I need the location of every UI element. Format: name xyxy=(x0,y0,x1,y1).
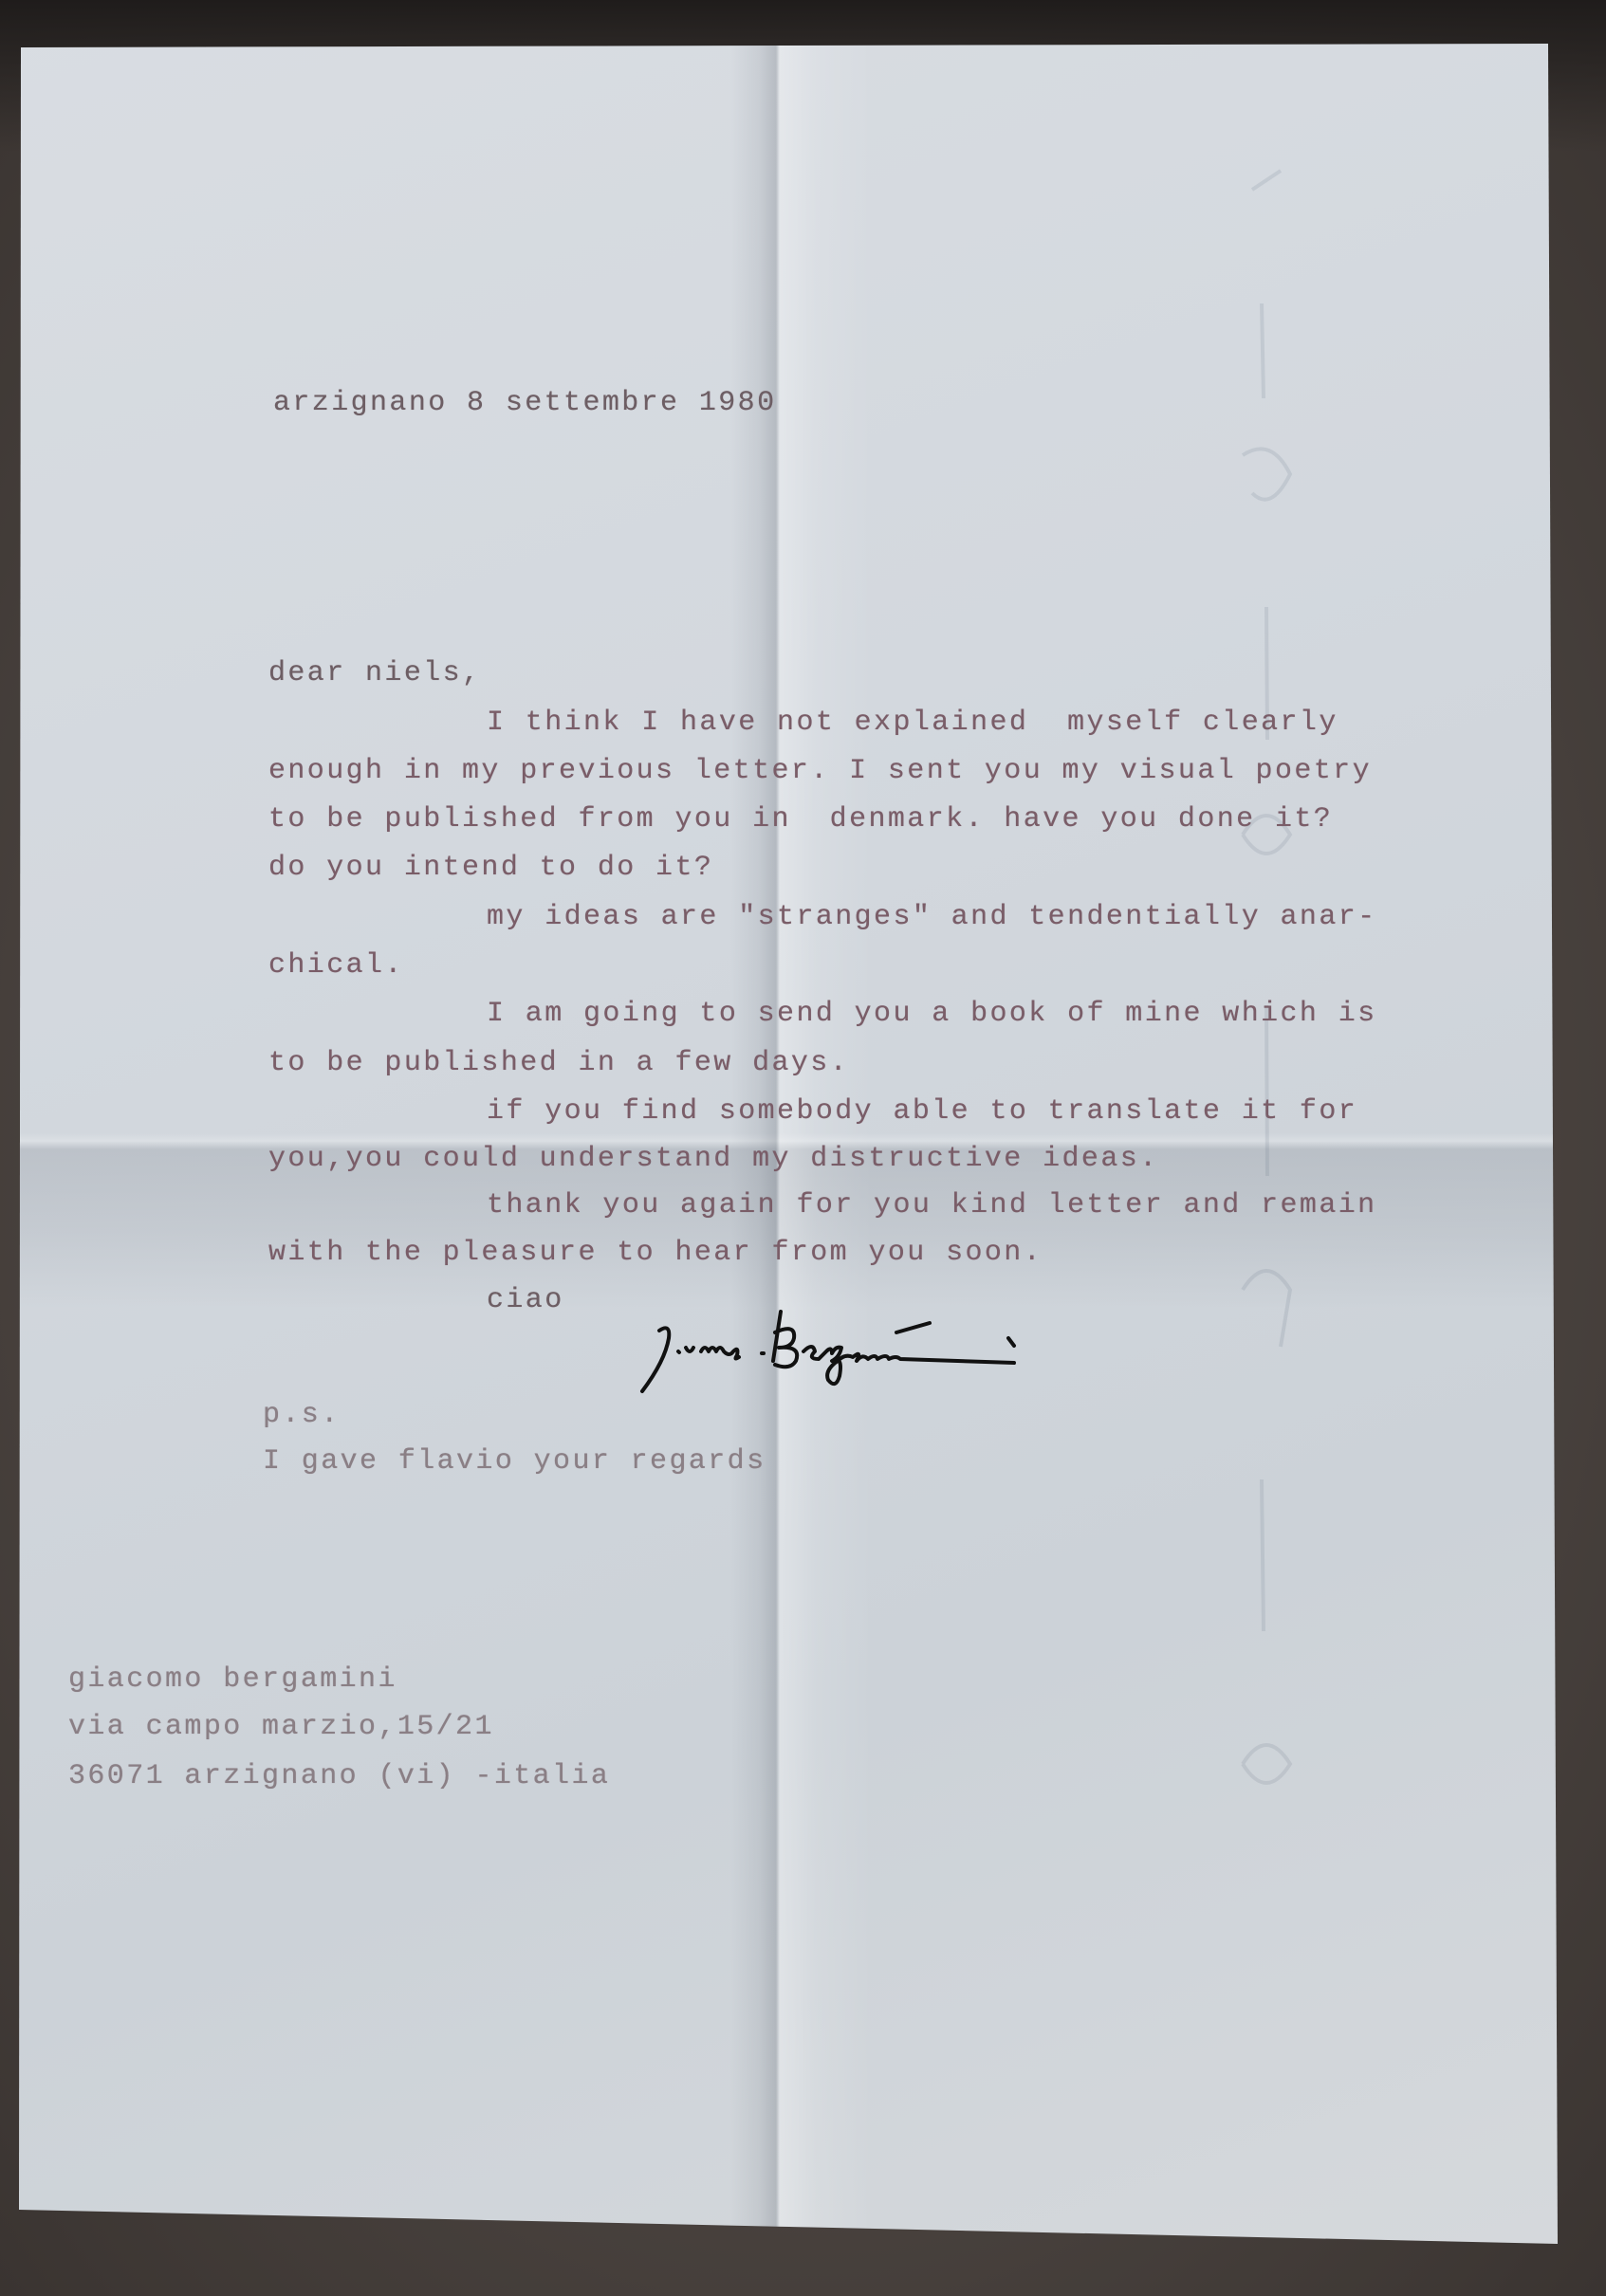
handwritten-signature xyxy=(621,1285,1039,1399)
sender-name: giacomo bergamini xyxy=(68,1665,397,1694)
closing: ciao xyxy=(487,1286,564,1314)
body-line: to be published from you in denmark. hav… xyxy=(268,805,1333,834)
show-through-marks xyxy=(1214,152,1319,1954)
letter-date: arzignano 8 settembre 1980 xyxy=(273,389,776,417)
signature-icon xyxy=(621,1285,1039,1399)
body-line: chical. xyxy=(268,951,404,980)
body-line: I am going to send you a book of mine wh… xyxy=(487,1000,1377,1028)
body-line: do you intend to do it? xyxy=(268,854,713,882)
salutation: dear niels, xyxy=(268,659,481,688)
body-line: I think I have not explained myself clea… xyxy=(487,708,1338,737)
postscript-label: p.s. xyxy=(263,1401,341,1429)
body-line: thank you again for you kind letter and … xyxy=(487,1191,1377,1220)
sender-city: 36071 arzignano (vi) -italia xyxy=(68,1762,610,1791)
sender-street: via campo marzio,15/21 xyxy=(68,1713,494,1741)
body-line: to be published in a few days. xyxy=(268,1049,849,1077)
body-line: my ideas are "stranges" and tendentially… xyxy=(487,903,1377,931)
postscript-text: I gave flavio your regards xyxy=(263,1447,766,1476)
body-line: you,you could understand my distructive … xyxy=(268,1145,1159,1173)
body-line: enough in my previous letter. I sent you… xyxy=(268,757,1372,785)
body-line: with the pleasure to hear from you soon. xyxy=(268,1239,1043,1267)
body-line: if you find somebody able to translate i… xyxy=(487,1097,1357,1126)
